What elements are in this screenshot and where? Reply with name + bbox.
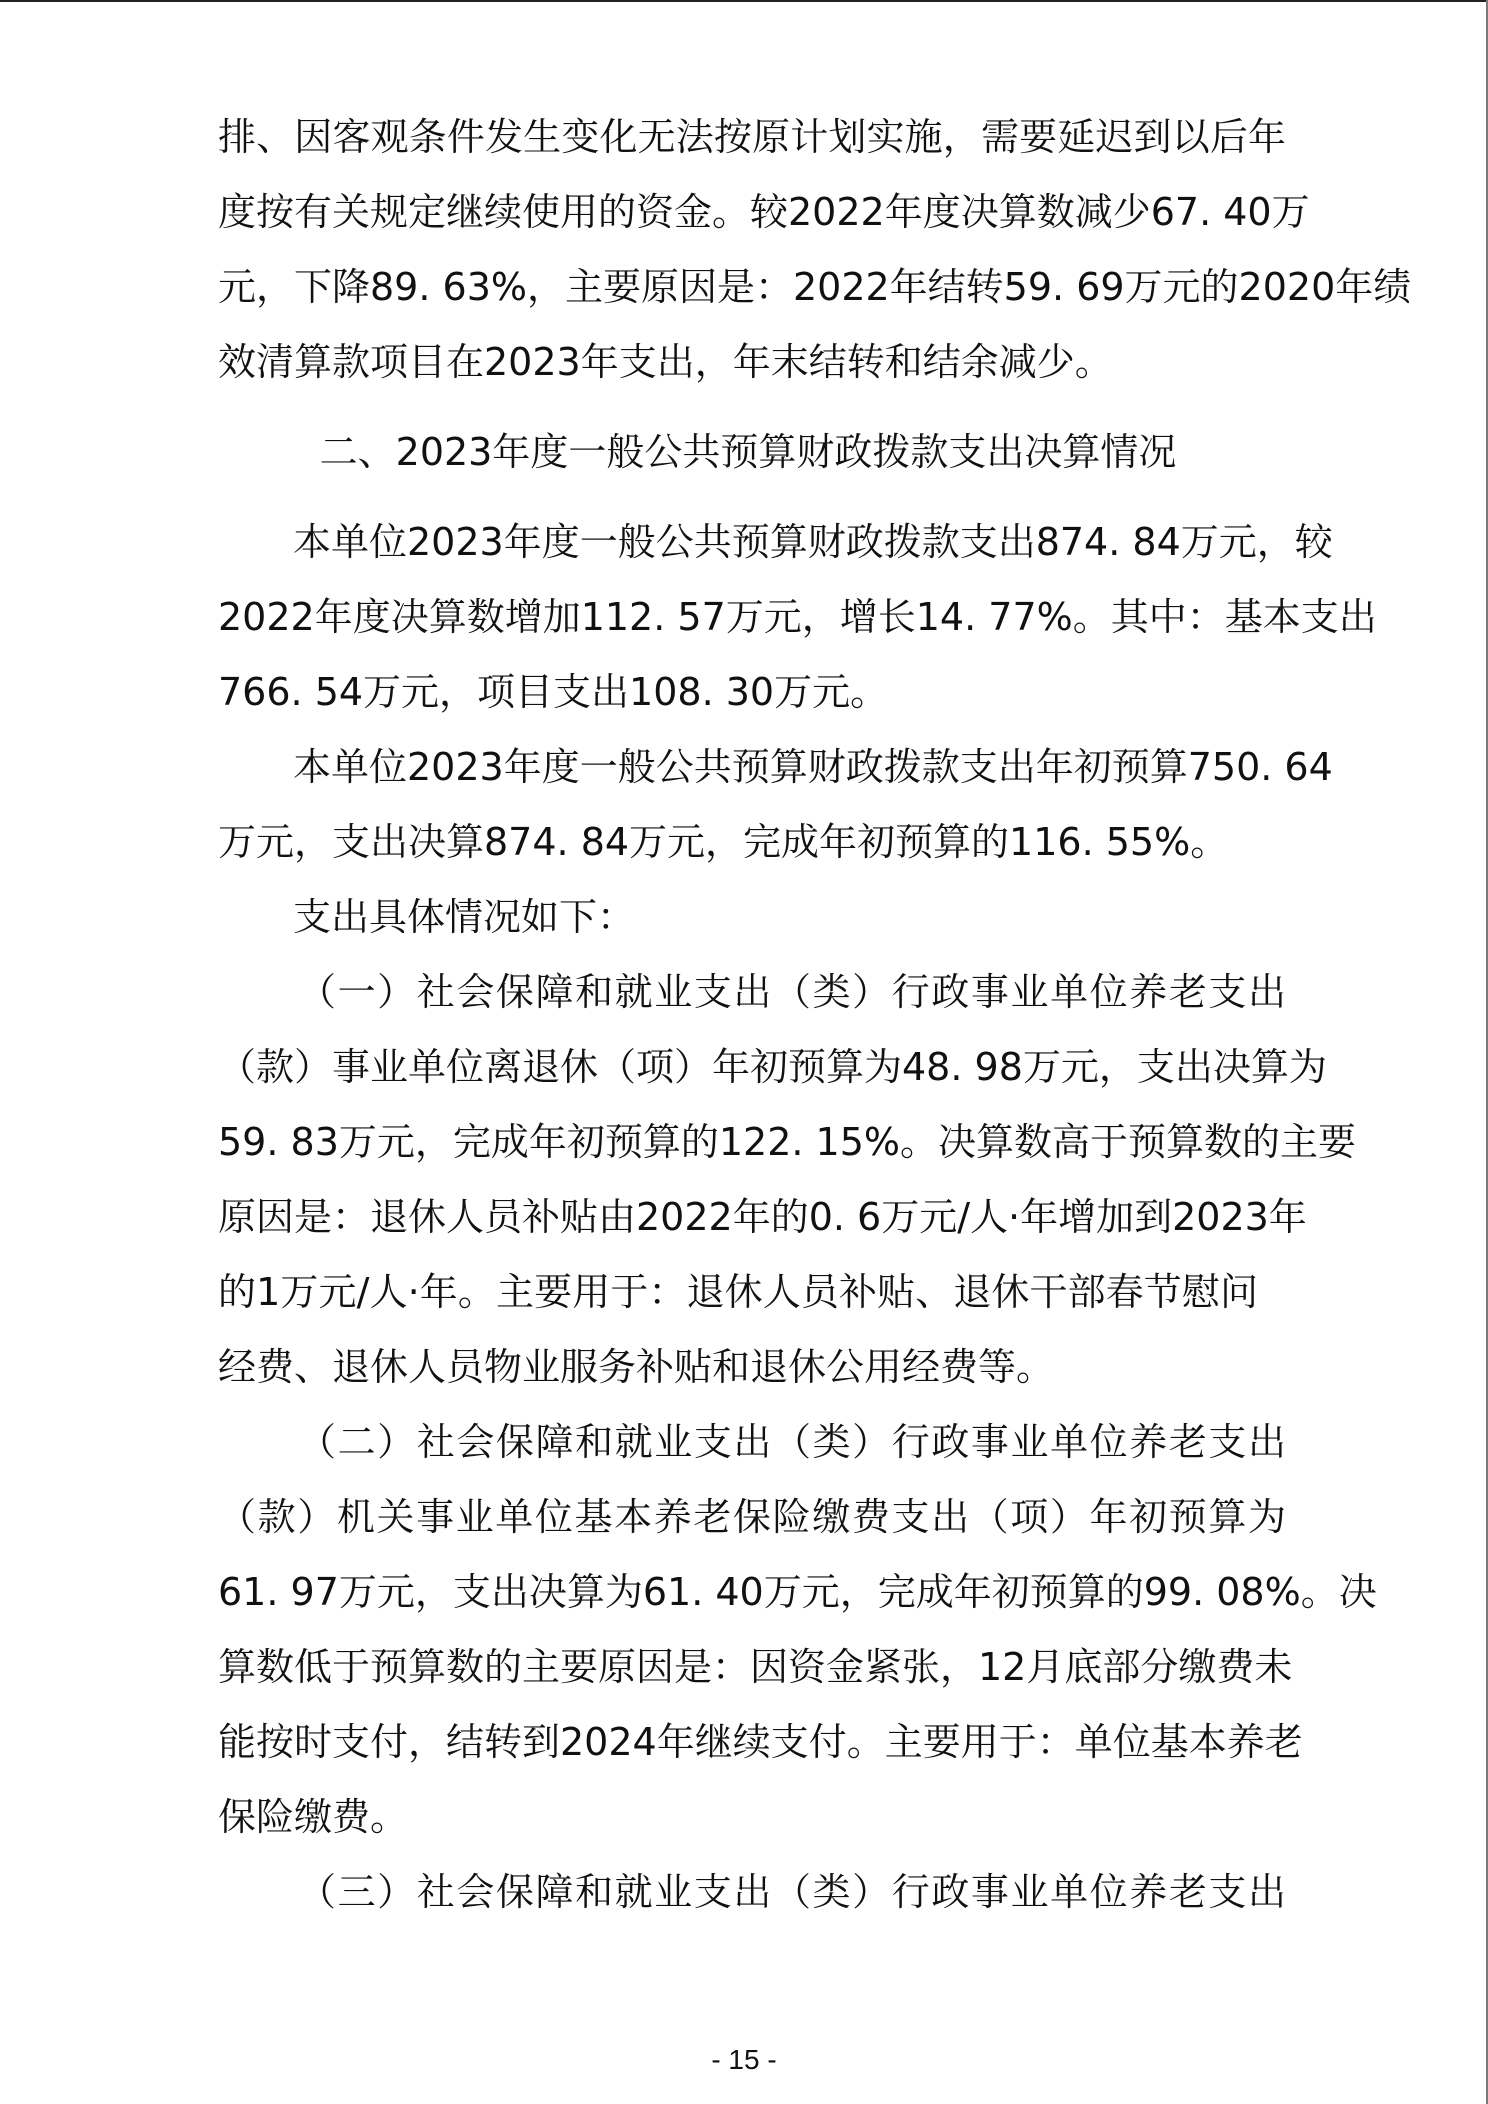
text-line: （一）社会保障和就业支出（类）行政事业单位养老支出 — [218, 955, 1286, 1030]
text-line: 算数低于预算数的主要原因是：因资金紧张，12月底部分缴费未 — [218, 1630, 1286, 1705]
text-line: （二）社会保障和就业支出（类）行政事业单位养老支出 — [218, 1405, 1286, 1480]
paragraph-item-2: （二）社会保障和就业支出（类）行政事业单位养老支出 （款）机关事业单位基本养老保… — [218, 1405, 1286, 1855]
text-line: 效清算款项目在2023年支出，年末结转和结余减少。 — [218, 325, 1286, 400]
paragraph-budget-completion: 本单位2023年度一般公共预算财政拨款支出年初预算750. 64 万元，支出决算… — [218, 730, 1286, 880]
text-line: （款）机关事业单位基本养老保险缴费支出（项）年初预算为 — [218, 1480, 1286, 1555]
paragraph-continuation: 排、因客观条件发生变化无法按原计划实施，需要延迟到以后年 度按有关规定继续使用的… — [218, 100, 1286, 400]
text-line: 保险缴费。 — [218, 1780, 1286, 1855]
text-line: 2022年度决算数增加112. 57万元，增长14. 77%。其中：基本支出 — [218, 580, 1286, 655]
text-line: 本单位2023年度一般公共预算财政拨款支出874. 84万元，较 — [218, 505, 1286, 580]
text-line: 本单位2023年度一般公共预算财政拨款支出年初预算750. 64 — [218, 730, 1286, 805]
text-line: 能按时支付，结转到2024年继续支付。主要用于：单位基本养老 — [218, 1705, 1286, 1780]
text-line: 度按有关规定继续使用的资金。较2022年度决算数减少67. 40万 — [218, 175, 1286, 250]
text-line: 766. 54万元，项目支出108. 30万元。 — [218, 655, 1286, 730]
text-line: （款）事业单位离退休（项）年初预算为48. 98万元，支出决算为 — [218, 1030, 1286, 1105]
paragraph-item-1: （一）社会保障和就业支出（类）行政事业单位养老支出 （款）事业单位离退休（项）年… — [218, 955, 1286, 1405]
text-line: 61. 97万元，支出决算为61. 40万元，完成年初预算的99. 08%。决 — [218, 1555, 1286, 1630]
text-line: 的1万元/人·年。主要用于：退休人员补贴、退休干部春节慰问 — [218, 1255, 1258, 1330]
section-heading: 二、2023年度一般公共预算财政拨款支出决算情况 — [210, 415, 1286, 490]
paragraph-item-3: （三）社会保障和就业支出（类）行政事业单位养老支出 — [218, 1855, 1286, 1930]
page-number: - 15 - — [0, 2040, 1488, 2080]
text-line: （三）社会保障和就业支出（类）行政事业单位养老支出 — [218, 1855, 1286, 1930]
text-line: 排、因客观条件发生变化无法按原计划实施，需要延迟到以后年 — [218, 100, 1286, 175]
text-line: 万元，支出决算874. 84万元，完成年初预算的116. 55%。 — [218, 805, 1286, 880]
paragraph-total-expenditure: 本单位2023年度一般公共预算财政拨款支出874. 84万元，较 2022年度决… — [218, 505, 1286, 730]
text-line: 经费、退休人员物业服务补贴和退休公用经费等。 — [218, 1330, 1286, 1405]
paragraph-details-intro: 支出具体情况如下： — [218, 880, 1286, 955]
text-line: 支出具体情况如下： — [218, 880, 1286, 955]
text-line: 59. 83万元，完成年初预算的122. 15%。决算数高于预算数的主要 — [218, 1105, 1286, 1180]
page-top-border — [0, 0, 1488, 2]
document-body: 排、因客观条件发生变化无法按原计划实施，需要延迟到以后年 度按有关规定继续使用的… — [218, 100, 1286, 1930]
text-line: 元，下降89. 63%，主要原因是：2022年结转59. 69万元的2020年绩 — [218, 250, 1286, 325]
text-line: 原因是：退休人员补贴由2022年的0. 6万元/人·年增加到2023年 — [218, 1180, 1258, 1255]
